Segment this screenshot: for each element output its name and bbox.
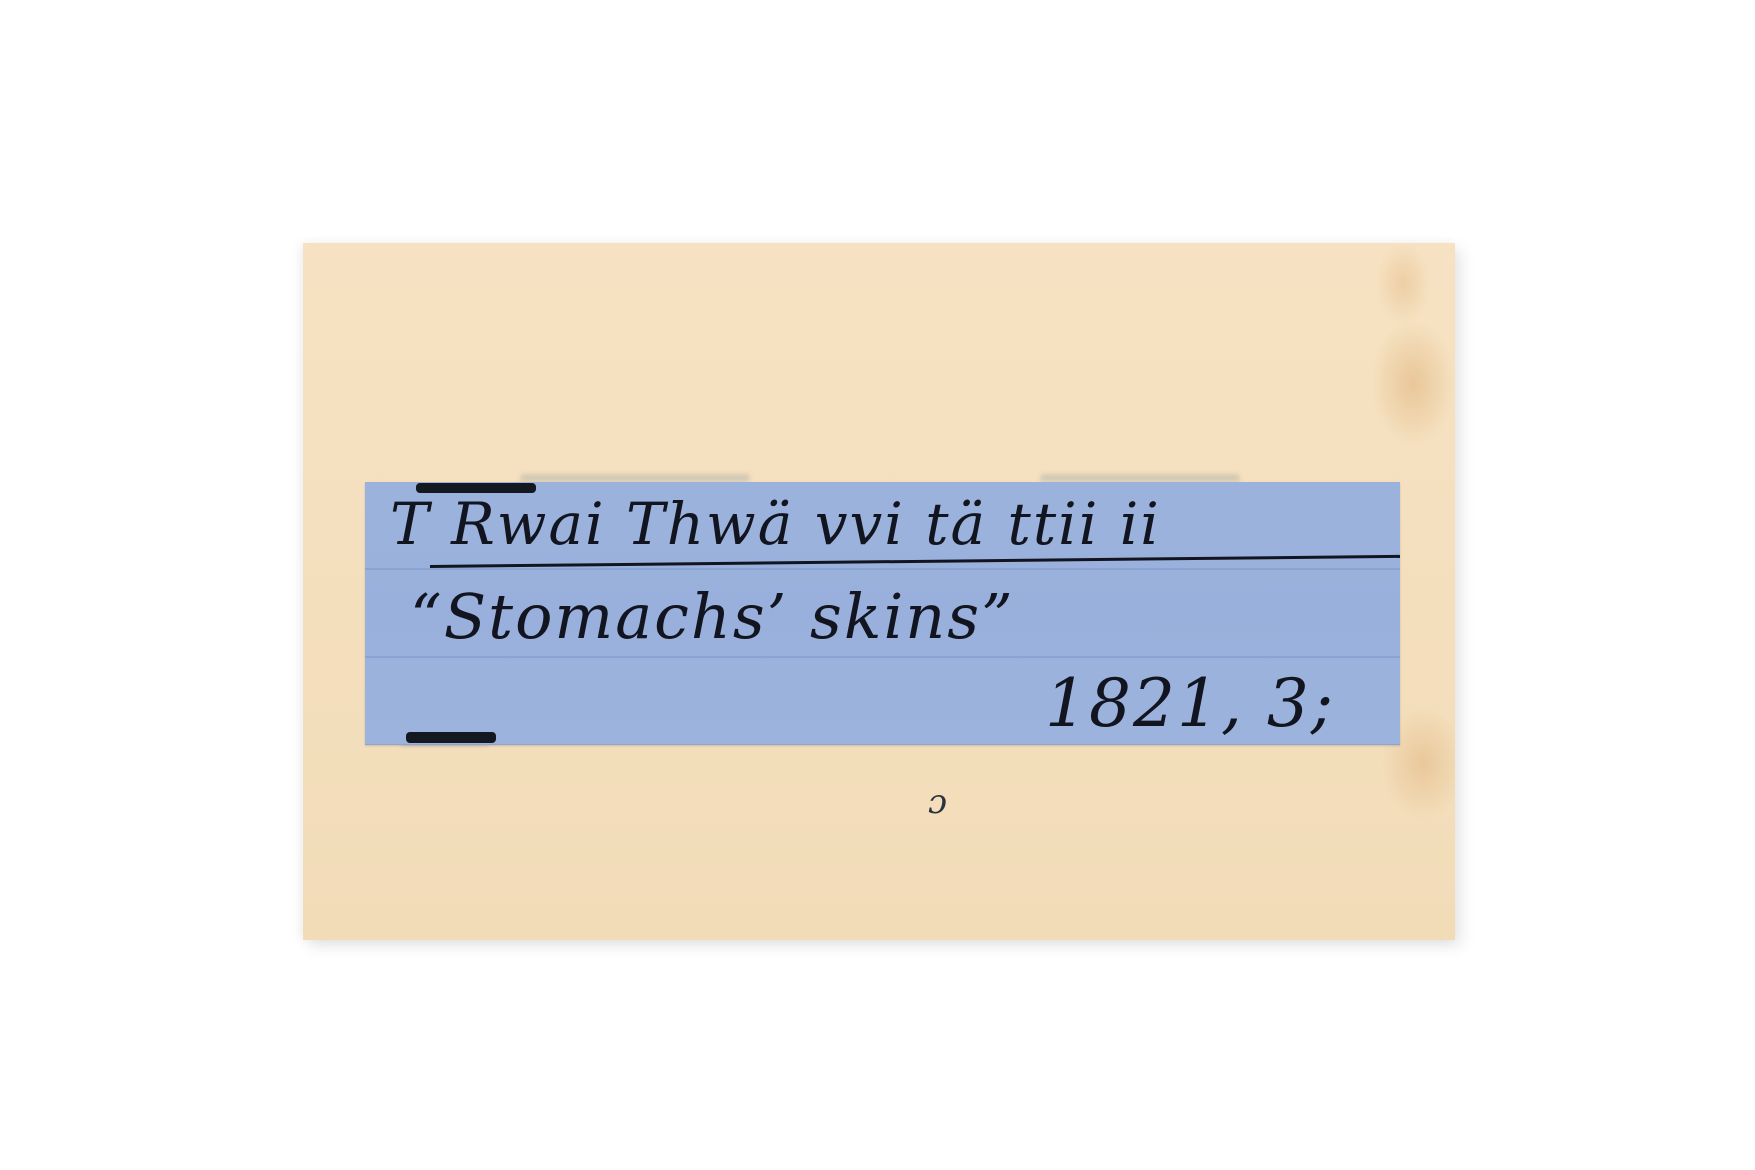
pencil-mark: ɔ: [928, 782, 949, 822]
handwritten-line-1: T Rwai Thwä vvi tä ttii ii: [390, 490, 1161, 558]
ink-blot-bottom: [406, 732, 496, 743]
glue-residue-left: [520, 474, 750, 482]
handwritten-date: 1821, 3;: [1045, 665, 1335, 742]
handwritten-line-2: “Stomachs’ skins”: [410, 580, 1015, 653]
glue-residue-right: [1040, 474, 1240, 482]
